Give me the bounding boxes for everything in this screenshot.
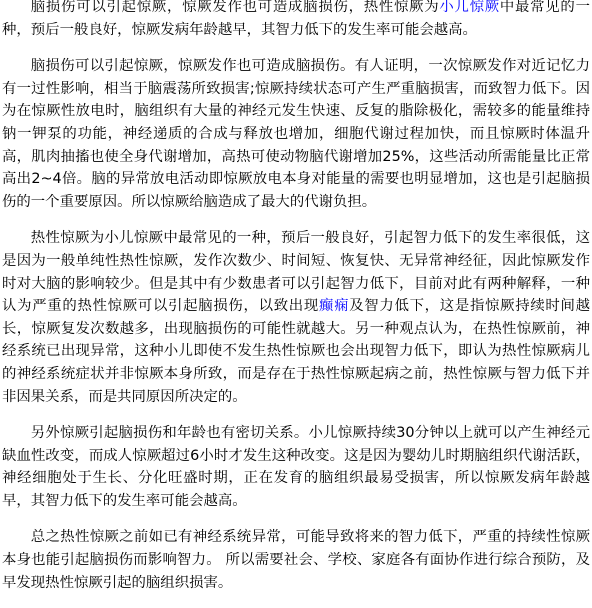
paragraph-2-text: 脑损伤可以引起惊厥，惊厥发作也可造成脑损伤。有人证明，一次惊厥发作对近记忆力有一… [2,58,590,210]
paragraph-5-text: 总之热性惊厥之前如已有神经系统异常，可能导致将来的智力低下，严重的持续性惊厥本身… [2,529,590,590]
paragraph-1: 脑损伤可以引起惊厥，惊厥发作也可造成脑损伤，热性惊厥为小儿惊厥中最常见的一种，预… [2,0,590,41]
link-dianxian[interactable]: 癫痫 [319,298,349,314]
article-body: 脑损伤可以引起惊厥，惊厥发作也可造成脑损伤，热性惊厥为小儿惊厥中最常见的一种，预… [0,0,590,594]
paragraph-4-text: 另外惊厥引起脑损伤和年龄也有密切关系。小儿惊厥持续30分钟以上就可以产生神经元缺… [2,425,590,509]
paragraph-5: 总之热性惊厥之前如已有神经系统异常，可能导致将来的智力低下，严重的持续性惊厥本身… [2,526,590,594]
paragraph-3: 热性惊厥为小儿惊厥中最常见的一种，预后一般良好，引起智力低下的发生率很低，这是因… [2,227,590,408]
link-xiaoer-jingjue[interactable]: 小儿惊厥 [439,0,500,15]
paragraph-4: 另外惊厥引起脑损伤和年龄也有密切关系。小儿惊厥持续30分钟以上就可以产生神经元缺… [2,422,590,512]
paragraph-2: 脑损伤可以引起惊厥，惊厥发作也可造成脑损伤。有人证明，一次惊厥发作对近记忆力有一… [2,55,590,213]
paragraph-1-text-a: 脑损伤可以引起惊厥，惊厥发作也可造成脑损伤，热性惊厥为 [31,0,440,15]
